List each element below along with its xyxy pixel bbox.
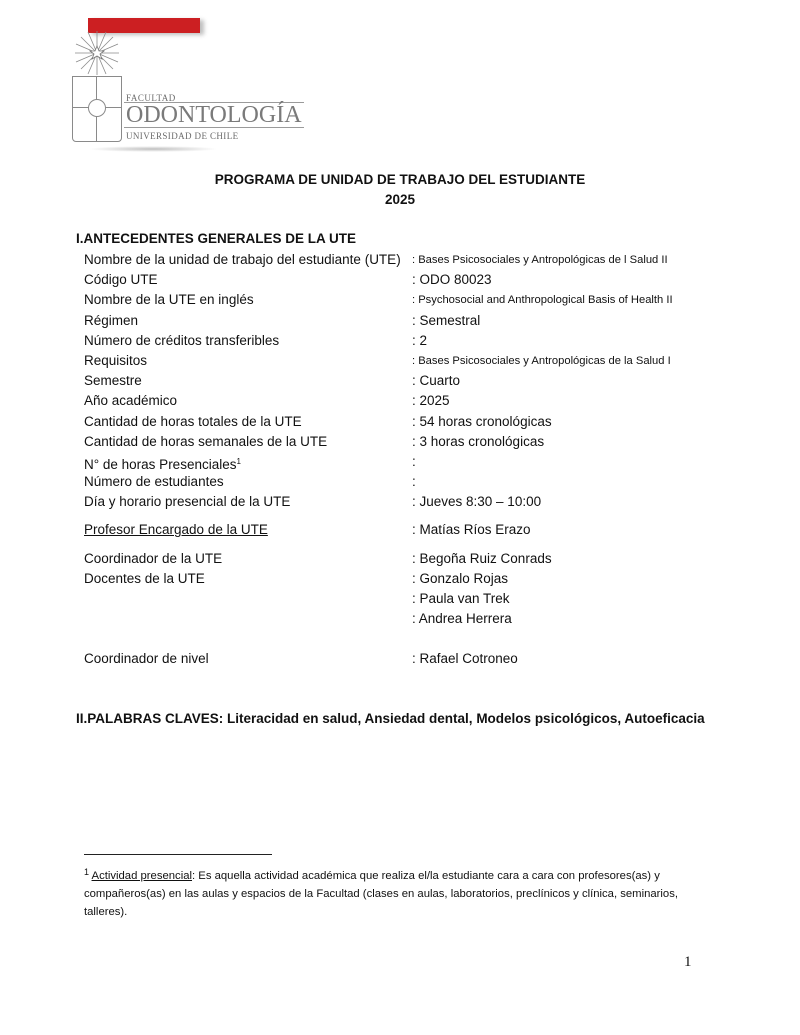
info-value: : Jueves 8:30 – 10:00 xyxy=(412,492,541,512)
info-value: : Begoña Ruiz Conrads xyxy=(412,549,552,569)
page-number: 1 xyxy=(684,954,692,971)
info-row: Profesor Encargado de la UTE : Matías Rí… xyxy=(84,520,724,540)
info-row: Cantidad de horas semanales de la UTE : … xyxy=(84,432,724,452)
info-value: : Bases Psicosociales y Antropológicas d… xyxy=(412,250,668,270)
general-info-table: Nombre de la unidad de trabajo del estud… xyxy=(84,250,724,670)
document-title: PROGRAMA DE UNIDAD DE TRABAJO DEL ESTUDI… xyxy=(0,172,800,187)
info-value: : Paula van Trek xyxy=(412,589,510,609)
footnote-marker[interactable]: 1 xyxy=(236,457,240,466)
info-value: : Bases Psicosociales y Antropológicas d… xyxy=(412,351,671,371)
info-value: : Psychosocial and Anthropological Basis… xyxy=(412,290,673,310)
footnote-number: 1 xyxy=(84,867,89,877)
document-year: 2025 xyxy=(0,192,800,207)
section-heading-keywords: II.PALABRAS CLAVES: Literacidad en salud… xyxy=(76,711,705,726)
info-value: : 54 horas cronológicas xyxy=(412,412,552,432)
info-label: Docentes de la UTE xyxy=(84,569,205,589)
info-label: Nombre de la UTE en inglés xyxy=(84,290,254,310)
info-label: Cantidad de horas semanales de la UTE xyxy=(84,432,327,452)
footnote: 1 Actividad presencial: Es aquella activ… xyxy=(84,863,724,921)
info-row: Nombre de la unidad de trabajo del estud… xyxy=(84,250,724,270)
info-value: : Semestral xyxy=(412,311,480,331)
star-emblem-icon xyxy=(74,30,120,76)
info-label: Coordinador de la UTE xyxy=(84,549,222,569)
logo-university-text: UNIVERSIDAD DE CHILE xyxy=(126,131,239,141)
info-label: Año académico xyxy=(84,391,177,411)
info-row: Día y horario presencial de la UTE : Jue… xyxy=(84,492,724,512)
shield-crest-icon xyxy=(72,76,122,142)
footnote-divider xyxy=(84,854,272,855)
info-row: Año académico : 2025 xyxy=(84,391,724,411)
info-row: Régimen : Semestral xyxy=(84,311,724,331)
info-value: : Cuarto xyxy=(412,371,460,391)
info-row: Nombre de la UTE en inglés : Psychosocia… xyxy=(84,290,724,310)
info-row: Docentes de la UTE : Gonzalo Rojas xyxy=(84,569,724,589)
info-row: : Paula van Trek xyxy=(84,589,724,609)
info-label: Número de estudiantes xyxy=(84,472,224,492)
faculty-logo: FACULTAD ODONTOLOGÍA UNIVERSIDAD DE CHIL… xyxy=(68,18,278,153)
info-label: Código UTE xyxy=(84,270,158,290)
info-value: : ODO 80023 xyxy=(412,270,492,290)
info-value: : xyxy=(412,452,416,472)
info-value: : 2 xyxy=(412,331,427,351)
info-label: Número de créditos transferibles xyxy=(84,331,279,351)
info-label: Requisitos xyxy=(84,351,147,371)
info-label: Coordinador de nivel xyxy=(84,649,209,669)
info-label: Nombre de la unidad de trabajo del estud… xyxy=(84,250,401,270)
info-label-professor: Profesor Encargado de la UTE xyxy=(84,520,268,540)
info-value: : Gonzalo Rojas xyxy=(412,569,508,589)
info-row: Cantidad de horas totales de la UTE : 54… xyxy=(84,412,724,432)
info-row: Coordinador de nivel : Rafael Cotroneo xyxy=(84,649,724,669)
info-row: Número de estudiantes : xyxy=(84,472,724,492)
info-row: Código UTE : ODO 80023 xyxy=(84,270,724,290)
info-label: Cantidad de horas totales de la UTE xyxy=(84,412,302,432)
info-value: : 3 horas cronológicas xyxy=(412,432,544,452)
info-row: N° de horas Presenciales1 : xyxy=(84,452,724,472)
info-value: : 2025 xyxy=(412,391,450,411)
info-value: : Matías Ríos Erazo xyxy=(412,520,531,540)
info-row: Número de créditos transferibles : 2 xyxy=(84,331,724,351)
footnote-term: Actividad presencial xyxy=(92,870,192,882)
info-row: : Andrea Herrera xyxy=(84,609,724,629)
info-label: Día y horario presencial de la UTE xyxy=(84,492,290,512)
info-label: Semestre xyxy=(84,371,142,391)
info-value: : Andrea Herrera xyxy=(412,609,512,629)
info-label: Régimen xyxy=(84,311,138,331)
logo-odontologia-text: ODONTOLOGÍA xyxy=(124,102,304,128)
info-row: Coordinador de la UTE : Begoña Ruiz Conr… xyxy=(84,549,724,569)
info-value: : xyxy=(412,472,416,492)
section-heading-antecedentes: I.ANTECEDENTES GENERALES DE LA UTE xyxy=(76,231,356,246)
info-value: : Rafael Cotroneo xyxy=(412,649,518,669)
info-row: Requisitos : Bases Psicosociales y Antro… xyxy=(84,351,724,371)
info-row: Semestre : Cuarto xyxy=(84,371,724,391)
